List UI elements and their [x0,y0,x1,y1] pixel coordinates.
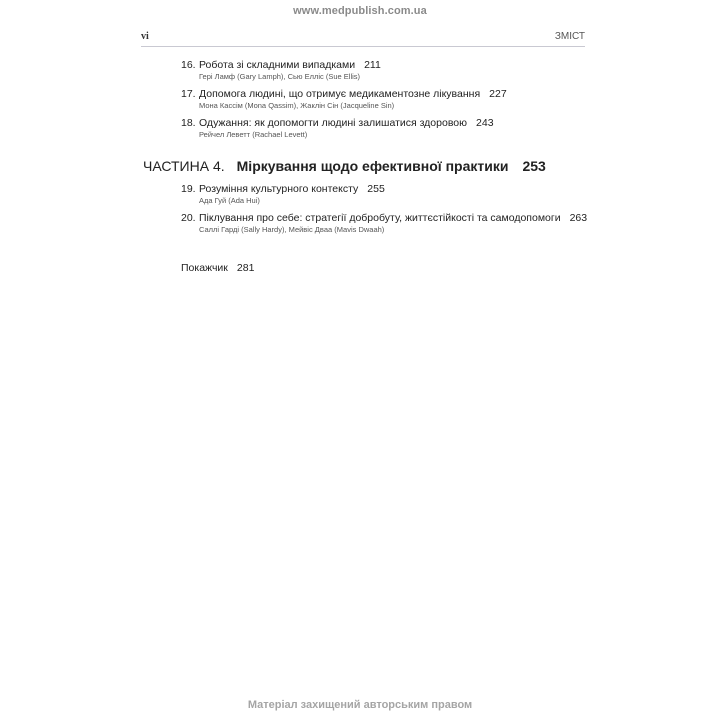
part-heading[interactable]: ЧАСТИНА 4.Міркування щодо ефективної пра… [143,158,546,174]
chapter-page: 255 [367,183,385,195]
chapter-page: 263 [570,212,588,224]
chapter-page: 211 [364,59,381,71]
toc-entry-index[interactable]: Покажчик281 [181,262,254,274]
chapter-authors: Рейчел Леветт (Rachael Levett) [199,130,494,139]
part-label: ЧАСТИНА 4. [143,158,225,174]
chapter-number: 20. [181,212,199,224]
chapter-page: 227 [489,88,507,100]
chapter-title: Піклування про себе: стратегії добробуту… [199,212,561,224]
toc-entry-18[interactable]: 18.Одужання: як допомогти людині залишат… [181,117,494,139]
chapter-authors: Гері Ламф (Gary Lamph), Сью Елліс (Sue E… [199,72,381,81]
watermark-top: www.medpublish.com.ua [0,5,720,17]
chapter-title: Розуміння культурного контексту [199,183,358,195]
toc-entry-20[interactable]: 20.Піклування про себе: стратегії доброб… [181,212,587,234]
chapter-title: Одужання: як допомогти людині залишатися… [199,117,467,129]
chapter-title: Допомога людині, що отримує медикаментоз… [199,88,480,100]
watermark-bottom: Матеріал захищений авторським правом [0,699,720,711]
chapter-title: Робота зі складними випадками [199,59,355,71]
toc-entry-16[interactable]: 16.Робота зі складними випадками211 Гері… [181,59,381,81]
index-label: Покажчик [181,262,228,274]
index-page: 281 [237,262,255,274]
chapter-page: 243 [476,117,494,129]
chapter-number: 18. [181,117,199,129]
chapter-number: 17. [181,88,199,100]
page-number: vi [141,31,149,42]
toc-entry-17[interactable]: 17.Допомога людині, що отримує медикамен… [181,88,507,110]
chapter-number: 16. [181,59,199,71]
part-title: Міркування щодо ефективної практики [237,158,509,174]
section-title: ЗМІСТ [555,31,585,42]
chapter-authors: Саллі Гарді (Sally Hardy), Мейвіс Двaa (… [199,225,587,234]
part-page: 253 [522,158,545,174]
toc-entry-19[interactable]: 19.Розуміння культурного контексту255 Ад… [181,183,385,205]
chapter-authors: Ада Гуй (Ada Hui) [199,196,385,205]
running-header: vi ЗМІСТ [141,31,585,47]
chapter-authors: Мона Кассім (Mona Qassim), Жаклін Сін (J… [199,101,507,110]
chapter-number: 19. [181,183,199,195]
